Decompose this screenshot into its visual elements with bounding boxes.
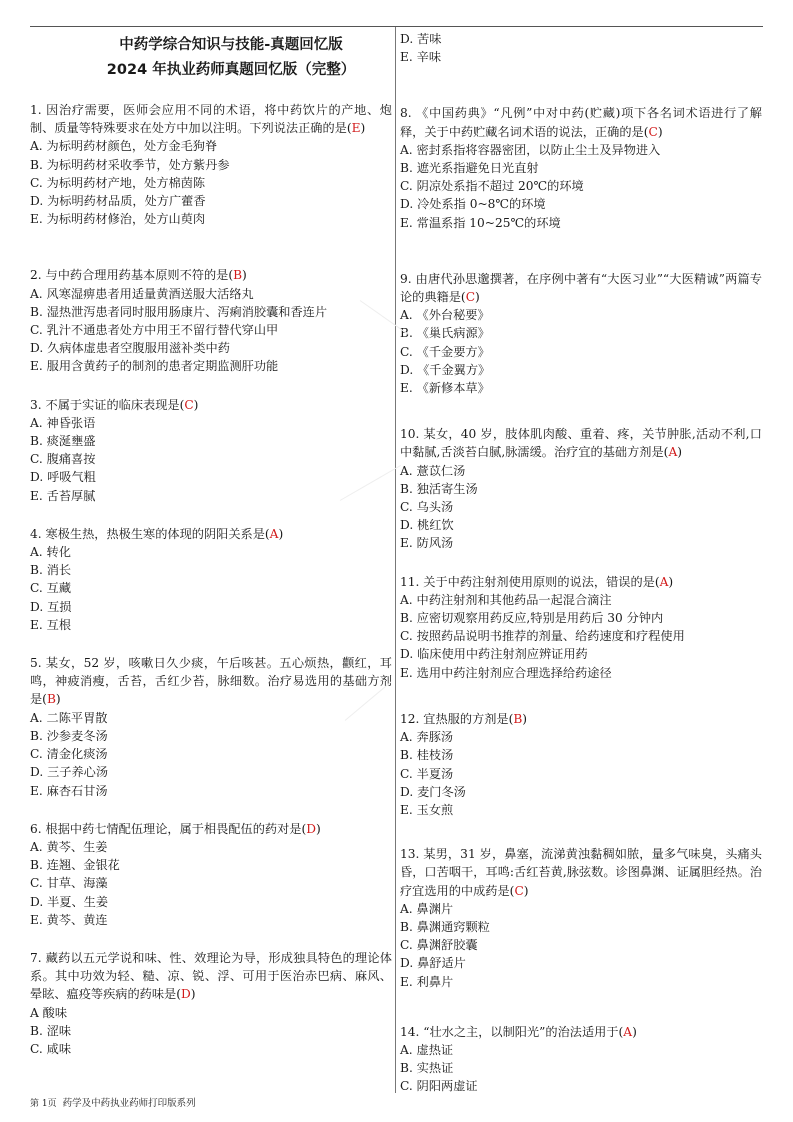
option-a: A. 为标明药材颜色，处方金毛狗脊 [30,137,392,155]
page-footer: 第 1页 药学及中药执业药师打印版系列 [30,1095,196,1109]
question-stem: 12. 宜热服的方剂是(B) [400,710,762,728]
option-e: E. 互根 [30,616,392,634]
option-a: A. 奔豚汤 [400,728,762,746]
option-e: E. 辛味 [400,48,762,66]
option-e: E. 为标明药材修治，处方山萸肉 [30,210,392,228]
option-b: B. 连翘、金银花 [30,856,392,874]
footer-series: 药学及中药执业药师打印版系列 [63,1098,196,1109]
option-a: A. 薏苡仁汤 [400,462,762,480]
option-a: A. 神昏张语 [30,414,392,432]
option-e: E. 舌苔厚腻 [30,487,392,505]
option-e: E. 服用含黄药子的制剂的患者定期监测肝功能 [30,357,392,375]
option-a: A. 黄芩、生姜 [30,838,392,856]
option-b: B. 桂枝汤 [400,746,762,764]
document-title: 中药学综合知识与技能-真题回忆版 2024 年执业药师真题回忆版（完整） [30,33,392,83]
answer-key: C [184,398,193,412]
question-stem: 5. 某女，52 岁，咳嗽日久少痰，午后咳甚。五心烦热，颧红，耳鸣，神疲消瘦，舌… [30,654,392,709]
option-b: B. 独活寄生汤 [400,480,762,498]
question-1: 1. 因治疗需要，医师会应用不同的术语，将中药饮片的产地、炮制、质量等特殊要求在… [30,101,392,228]
answer-key: B [47,692,56,706]
option-c: C. 《千金要方》 [400,343,762,361]
option-d: D. 互损 [30,598,392,616]
left-column: 中药学综合知识与技能-真题回忆版 2024 年执业药师真题回忆版（完整） 1. … [30,30,392,1078]
question-3: 3. 不属于实证的临床表现是(C) A. 神昏张语 B. 痰涎壅盛 C. 腹痛喜… [30,396,392,505]
option-c: C. 互藏 [30,579,392,597]
answer-key: A [623,1025,632,1039]
top-rule [30,26,763,27]
answer-key: D [306,822,316,836]
option-b: B. 为标明药材采收季节，处方紫丹参 [30,156,392,174]
option-d: D. 呼吸气粗 [30,468,392,486]
question-stem: 6. 根据中药七情配伍理论，属于相畏配伍的药对是(D) [30,820,392,838]
question-stem: 7. 藏药以五元学说和味、性、效理论为导，形成独具特色的理论体系。其中功效为轻、… [30,949,392,1004]
question-9: 9. 由唐代孙思邈撰著，在序例中著有“大医习业”“大医精诚”两篇专论的典籍是(C… [400,270,762,397]
question-2: 2. 与中药合理用药基本原则不符的是(B) A. 风寒湿痹患者用适量黄酒送服大活… [30,266,392,375]
option-e: E. 防风汤 [400,534,762,552]
question-6: 6. 根据中药七情配伍理论，属于相畏配伍的药对是(D) A. 黄芩、生姜 B. … [30,820,392,929]
option-d: D. 三子养心汤 [30,763,392,781]
title-line-2: 2024 年执业药师真题回忆版（完整） [30,58,392,83]
option-c: C. 阴阳两虚证 [400,1077,762,1095]
question-stem: 1. 因治疗需要，医师会应用不同的术语，将中药饮片的产地、炮制、质量等特殊要求在… [30,101,392,137]
option-a: A 酸味 [30,1004,392,1022]
answer-key: C [649,125,658,139]
option-e: E. 利鼻片 [400,973,762,991]
option-d: D. 临床使用中药注射剂应辨证用药 [400,645,762,663]
option-a: A. 虚热证 [400,1041,762,1059]
answer-key: E [352,121,361,135]
answer-key: C [514,884,523,898]
option-b: B. 湿热泄泻患者同时服用肠康片、泻痢消胶囊和香连片 [30,303,392,321]
question-stem: 10. 某女，40 岁，肢体肌肉酸、重着、疼，关节肿胀,活动不利,口中黏腻,舌淡… [400,425,762,461]
question-4: 4. 寒极生热，热极生寒的体现的阴阳关系是(A) A. 转化 B. 消长 C. … [30,525,392,634]
option-d: D. 《千金翼方》 [400,361,762,379]
option-b: B. 应密切观察用药反应,特别是用药后 30 分钟内 [400,609,762,627]
question-7-continued: D. 苦味 E. 辛味 [400,30,762,66]
question-14: 14. “壮水之主，以制阳光”的治法适用于(A) A. 虚热证 B. 实热证 C… [400,1023,762,1096]
question-stem: 8. 《中国药典》“凡例”中对中药(贮藏)项下各名词术语进行了解释，关于中药贮藏… [400,104,762,140]
option-a: A. 转化 [30,543,392,561]
answer-key: D [181,987,191,1001]
question-11: 11. 关于中药注射剂使用原则的说法，错误的是(A) A. 中药注射剂和其他药品… [400,573,762,682]
question-stem: 4. 寒极生热，热极生寒的体现的阴阳关系是(A) [30,525,392,543]
question-stem: 13. 某男，31 岁，鼻塞，流涕黄浊黏稠如脓，量多气味臭，头痛头昏，口苦咽干，… [400,845,762,900]
question-8: 8. 《中国药典》“凡例”中对中药(贮藏)项下各名词术语进行了解释，关于中药贮藏… [400,104,762,231]
option-c: C. 乌头汤 [400,498,762,516]
option-b: B. 遮光系指避免日光直射 [400,159,762,177]
question-stem: 11. 关于中药注射剂使用原则的说法，错误的是(A) [400,573,762,591]
option-e: E. 玉女煎 [400,801,762,819]
option-b: B. 涩味 [30,1022,392,1040]
question-stem: 3. 不属于实证的临床表现是(C) [30,396,392,414]
option-a: A. 二陈平胃散 [30,709,392,727]
option-d: D. 鼻舒适片 [400,954,762,972]
answer-key: C [466,290,475,304]
option-c: C. 咸味 [30,1040,392,1058]
option-c: C. 甘草、海藻 [30,874,392,892]
option-c: C. 鼻渊舒胶囊 [400,936,762,954]
option-e: E. 选用中药注射剂应合理选择给药途径 [400,664,762,682]
page-number: 第 1页 [30,1099,57,1109]
question-10: 10. 某女，40 岁，肢体肌肉酸、重着、疼，关节肿胀,活动不利,口中黏腻,舌淡… [400,425,762,552]
option-c: C. 乳汁不通患者处方中用王不留行替代穿山甲 [30,321,392,339]
option-d: D. 久病体虚患者空腹服用滋补类中药 [30,339,392,357]
right-column: D. 苦味 E. 辛味 8. 《中国药典》“凡例”中对中药(贮藏)项下各名词术语… [400,30,762,1116]
question-5: 5. 某女，52 岁，咳嗽日久少痰，午后咳甚。五心烦热，颧红，耳鸣，神疲消瘦，舌… [30,654,392,800]
option-d: D. 半夏、生姜 [30,893,392,911]
option-c: C. 腹痛喜按 [30,450,392,468]
option-b: B. 痰涎壅盛 [30,432,392,450]
option-b: B. 鼻渊通窍颗粒 [400,918,762,936]
option-e: E. 常温系指 10~25℃的环境 [400,214,762,232]
question-7: 7. 藏药以五元学说和味、性、效理论为导，形成独具特色的理论体系。其中功效为轻、… [30,949,392,1058]
option-d: D. 桃红饮 [400,516,762,534]
option-c: C. 阴凉处系指不超过 20℃的环境 [400,177,762,195]
option-a: A. 密封系指将容器密团，以防止尘土及异物进入 [400,141,762,159]
column-divider [395,27,396,1093]
option-a: A. 鼻渊片 [400,900,762,918]
answer-key: B [233,268,242,282]
option-b: B. 实热证 [400,1059,762,1077]
option-e: E. 麻杏石甘汤 [30,782,392,800]
option-a: A. 风寒湿痹患者用适量黄酒送服大活络丸 [30,285,392,303]
option-d: D. 为标明药材品质，处方广藿香 [30,192,392,210]
question-12: 12. 宜热服的方剂是(B) A. 奔豚汤 B. 桂枝汤 C. 半夏汤 D. 麦… [400,710,762,819]
question-13: 13. 某男，31 岁，鼻塞，流涕黄浊黏稠如脓，量多气味臭，头痛头昏，口苦咽干，… [400,845,762,991]
option-c: C. 按照药品说明书推荐的剂量、给药速度和疗程使用 [400,627,762,645]
question-stem: 2. 与中药合理用药基本原则不符的是(B) [30,266,392,284]
answer-key: A [668,445,677,459]
option-c: C. 清金化痰汤 [30,745,392,763]
option-e: E. 黄芩、黄连 [30,911,392,929]
question-stem: 9. 由唐代孙思邈撰著，在序例中著有“大医习业”“大医精诚”两篇专论的典籍是(C… [400,270,762,306]
question-stem: 14. “壮水之主，以制阳光”的治法适用于(A) [400,1023,762,1041]
option-a: A. 中药注射剂和其他药品一起混合滴注 [400,591,762,609]
option-a: A. 《外台秘要》 [400,306,762,324]
option-d: D. 麦门冬汤 [400,783,762,801]
option-d: D. 冷处系指 0~8℃的环境 [400,195,762,213]
option-d: D. 苦味 [400,30,762,48]
option-b: B. 《巢氏病源》 [400,324,762,342]
title-line-1: 中药学综合知识与技能-真题回忆版 [30,33,392,58]
option-e: E. 《新修本草》 [400,379,762,397]
answer-key: B [513,712,522,726]
option-c: C. 半夏汤 [400,765,762,783]
option-c: C. 为标明药材产地，处方棉茵陈 [30,174,392,192]
option-b: B. 沙参麦冬汤 [30,727,392,745]
option-b: B. 消长 [30,561,392,579]
